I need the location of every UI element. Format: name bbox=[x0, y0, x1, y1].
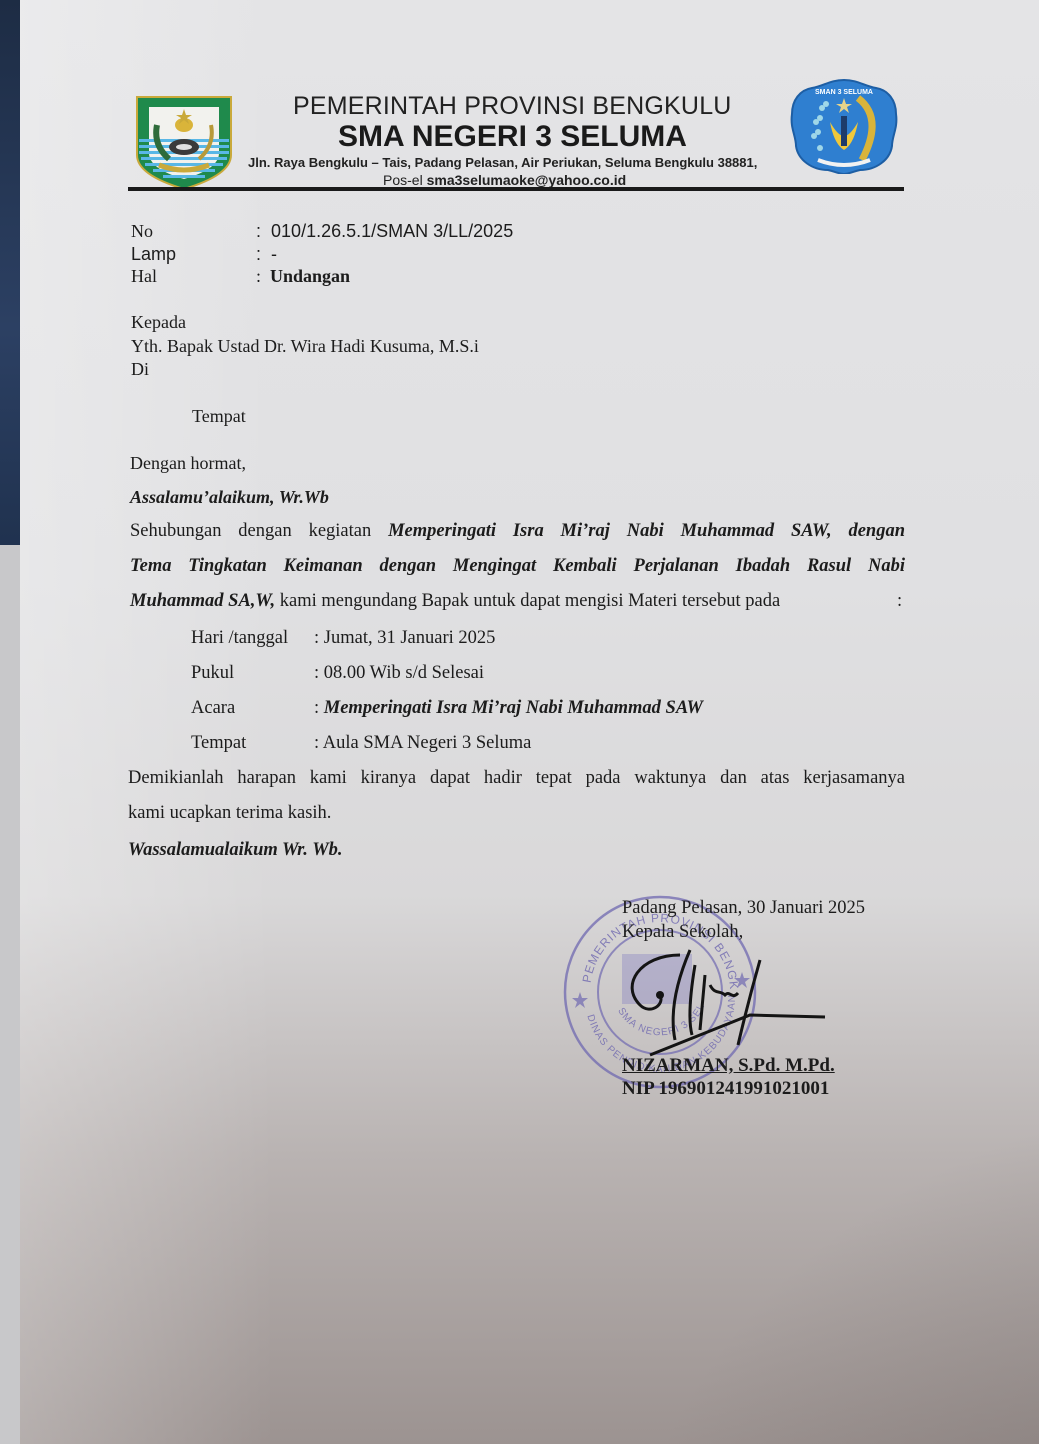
detail-value-date: : Jumat, 31 Januari 2025 bbox=[314, 628, 495, 649]
detail-label-time: Pukul bbox=[191, 663, 234, 684]
letter-paper bbox=[20, 0, 1039, 1444]
background-light-edge bbox=[0, 545, 20, 1444]
detail-label-date: Hari /tanggal bbox=[191, 628, 288, 649]
salam-opening: Assalamu’alaikum, Wr.Wb bbox=[130, 487, 329, 508]
background-dark-edge bbox=[0, 0, 20, 545]
detail-value-time: : 08.00 Wib s/d Selesai bbox=[314, 663, 484, 684]
svg-text:SMAN 3 SELUMA: SMAN 3 SELUMA bbox=[815, 89, 873, 96]
detail-value-event: : Memperingati Isra Mi’raj Nabi Muhammad… bbox=[314, 698, 703, 719]
recipient-to: Kepada bbox=[131, 312, 186, 333]
detail-label-venue: Tempat bbox=[191, 733, 246, 754]
detail-label-event: Acara bbox=[191, 698, 235, 719]
meta-value-lamp: : - bbox=[256, 244, 277, 265]
school-email-line: Pos-el sma3selumaoke@yahoo.co.id bbox=[383, 172, 626, 188]
school-address: Jln. Raya Bengkulu – Tais, Padang Pelasa… bbox=[248, 155, 757, 170]
school-emblem-icon: SMAN 3 SELUMA bbox=[788, 78, 900, 174]
province-crest-icon bbox=[135, 95, 233, 191]
body-paragraph-line-1: Sehubungan dengan kegiatan Memperingati … bbox=[130, 521, 905, 542]
body-paragraph-line-2: Tema Tingkatan Keimanan dengan Mengingat… bbox=[130, 556, 905, 577]
signature-position: Kepala Sekolah, bbox=[622, 922, 743, 943]
meta-label-no: No bbox=[131, 221, 153, 242]
handwritten-signature-icon bbox=[620, 945, 840, 1065]
signatory-name: NIZARMAN, S.Pd. M.Pd. bbox=[622, 1055, 835, 1077]
meta-value-hal: : Undangan bbox=[256, 266, 350, 287]
body-paragraph-line-3: Muhammad SA,W, kami mengundang Bapak unt… bbox=[130, 591, 780, 612]
meta-label-hal: Hal bbox=[131, 266, 157, 287]
meta-label-lamp: Lamp bbox=[131, 244, 176, 265]
meta-value-no: : 010/1.26.5.1/SMAN 3/LL/2025 bbox=[256, 221, 513, 242]
letterhead-divider bbox=[128, 187, 904, 191]
greeting: Dengan hormat, bbox=[130, 453, 246, 474]
closing-line-1: Demikianlah harapan kami kiranya dapat h… bbox=[128, 768, 905, 789]
school-email: sma3selumaoke@yahoo.co.id bbox=[427, 172, 627, 188]
body-paragraph-colon: : bbox=[897, 591, 902, 612]
email-label: Pos-el bbox=[383, 172, 423, 188]
recipient-name: Yth. Bapak Ustad Dr. Wira Hadi Kusuma, M… bbox=[131, 336, 479, 357]
signature-place-date: Padang Pelasan, 30 Januari 2025 bbox=[622, 898, 865, 919]
recipient-at: Di bbox=[131, 359, 149, 380]
signatory-nip: NIP 196901241991021001 bbox=[622, 1078, 829, 1100]
salam-closing: Wassalamualaikum Wr. Wb. bbox=[128, 840, 343, 861]
school-name: SMA NEGERI 3 SELUMA bbox=[338, 120, 687, 154]
recipient-place: Tempat bbox=[192, 406, 246, 427]
government-name: PEMERINTAH PROVINSI BENGKULU bbox=[293, 92, 732, 121]
detail-value-venue: : Aula SMA Negeri 3 Seluma bbox=[314, 733, 531, 754]
closing-line-2: kami ucapkan terima kasih. bbox=[128, 803, 331, 824]
